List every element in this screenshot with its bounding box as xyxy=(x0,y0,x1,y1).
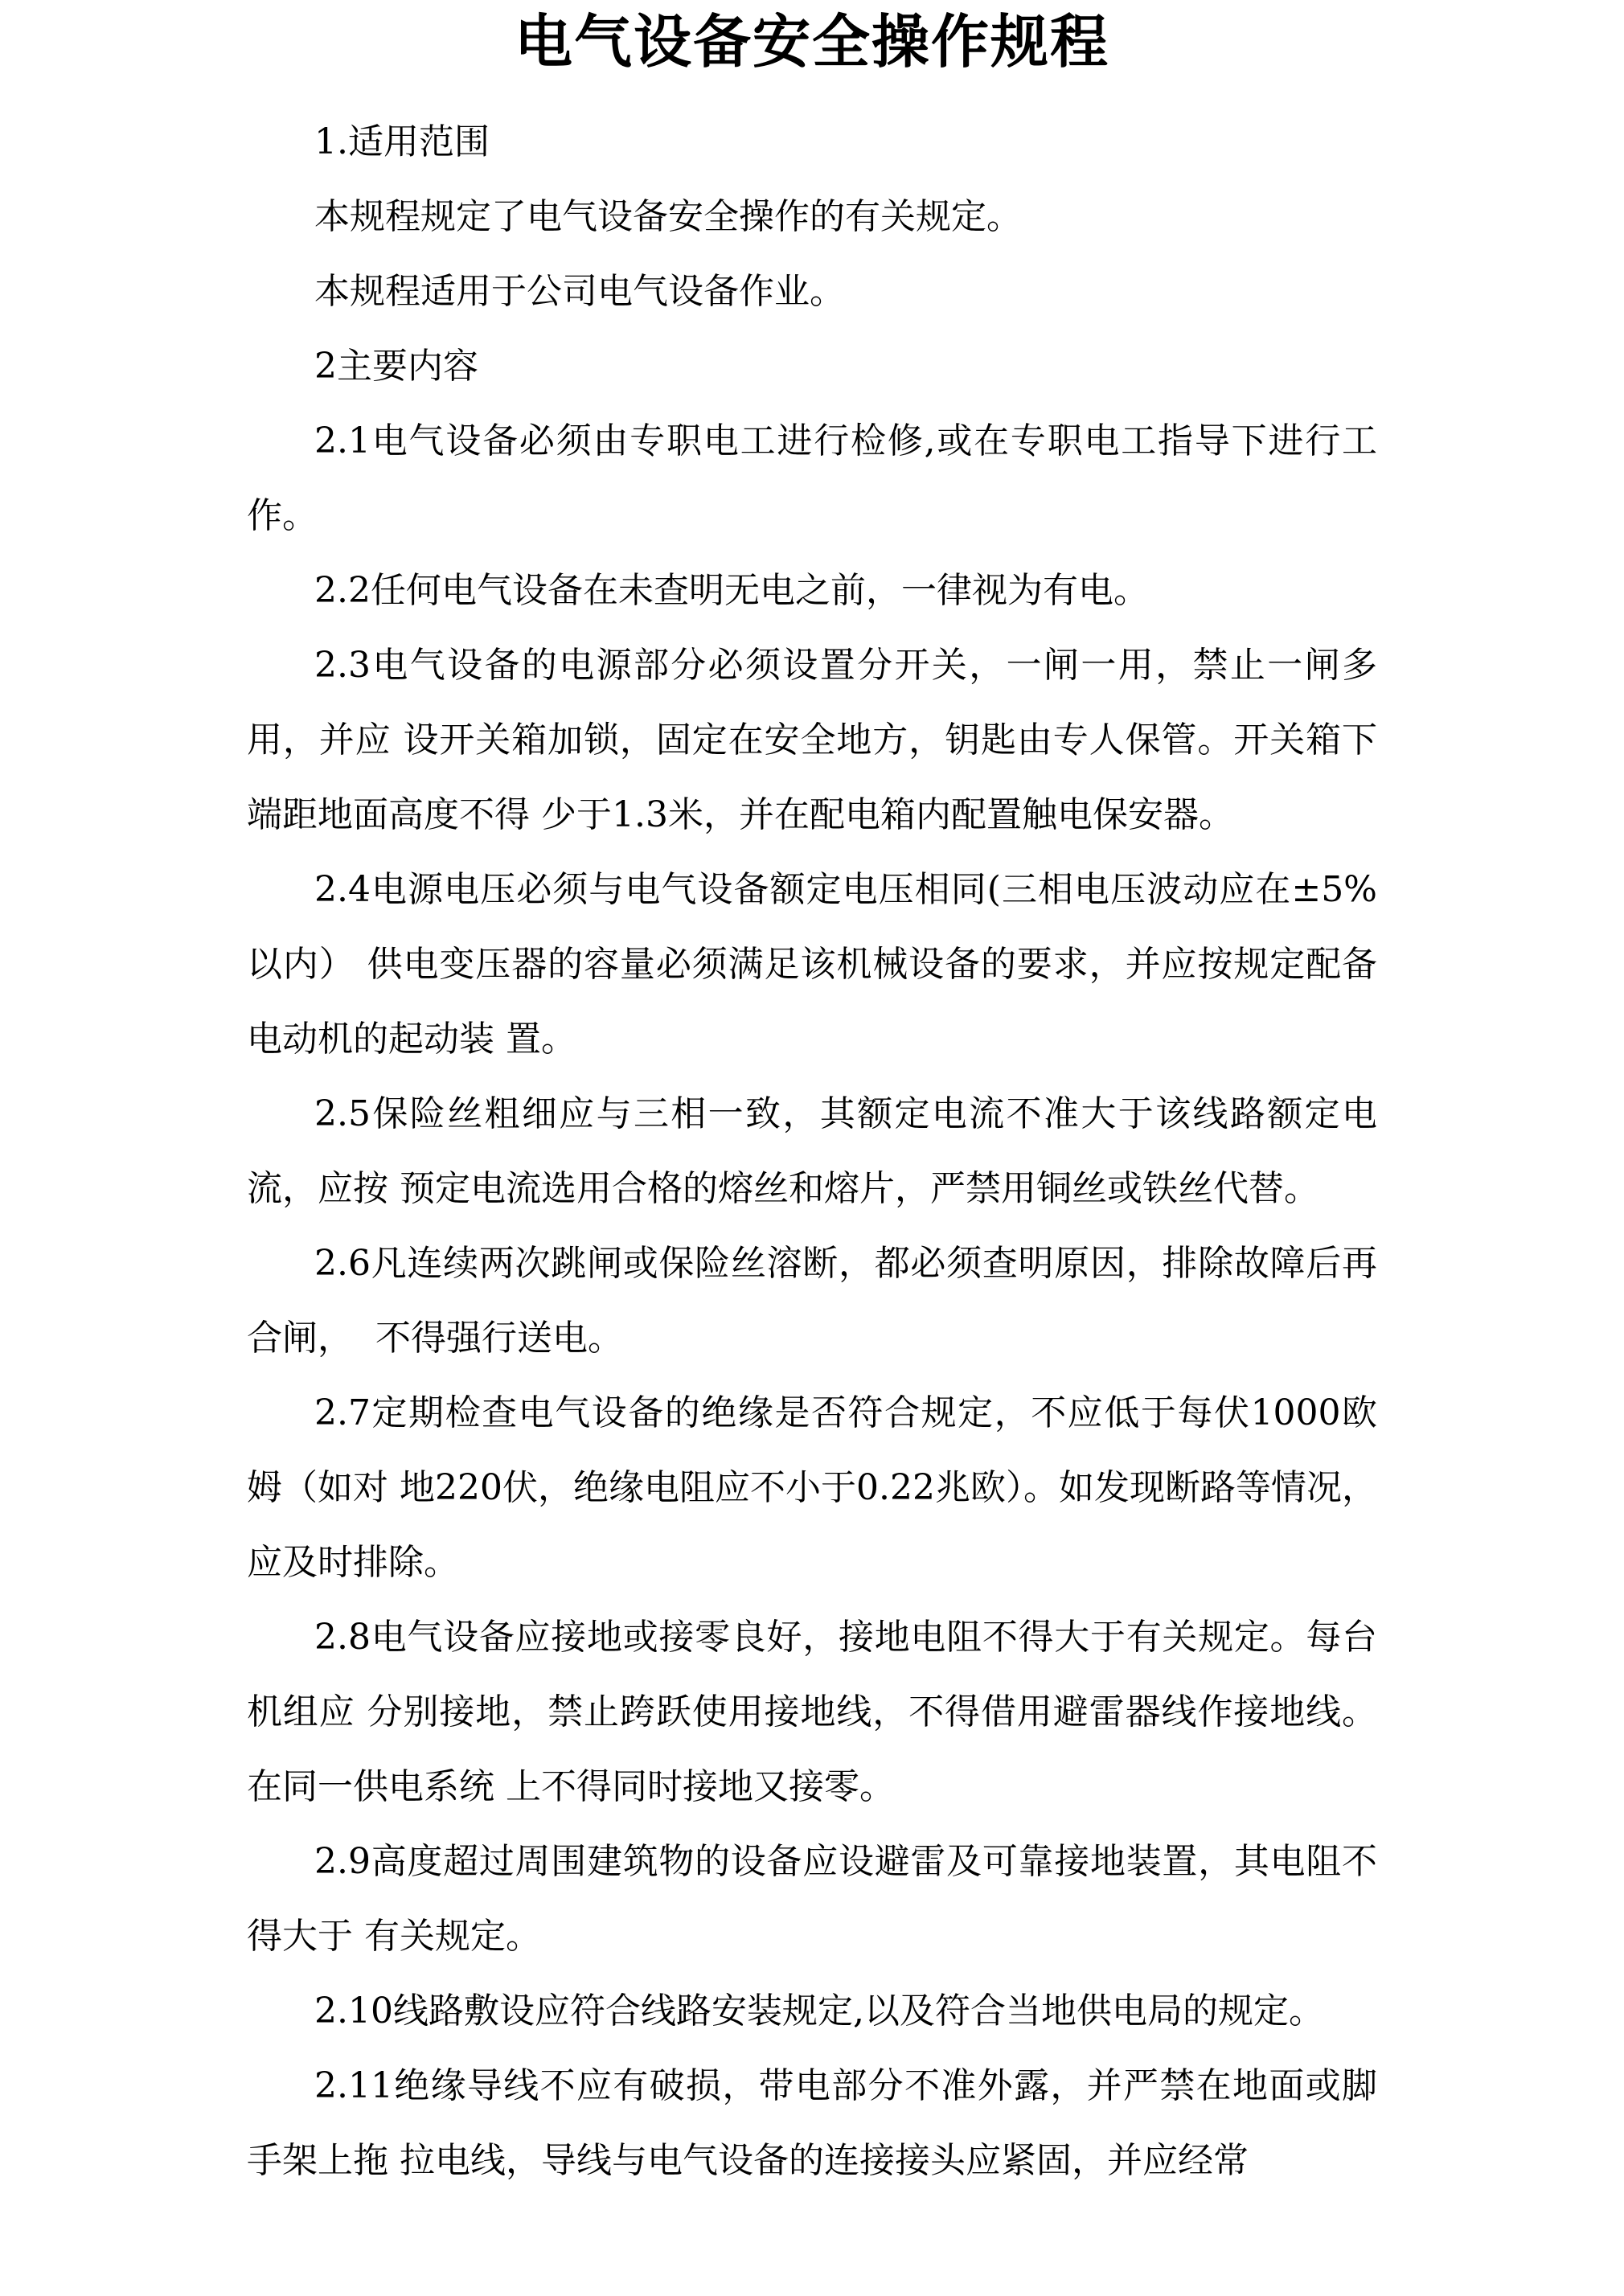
clause-2-3: 2.3电气设备的电源部分必须设置分开关，一闸一用，禁止一闸多用，并应 设开关箱加… xyxy=(247,628,1377,852)
clause-2-4: 2.4电源电压必须与电气设备额定电压相同(三相电压波动应在±5%以内） 供电变压… xyxy=(247,852,1377,1076)
clause-2-6: 2.6凡连续两次跳闸或保险丝溶断，都必须查明原因，排除故障后再合闸， 不得强行送… xyxy=(247,1226,1377,1376)
document-title: 电气设备安全操作规程 xyxy=(0,2,1624,82)
clause-2-10: 2.10线路敷设应符合线路安装规定,以及符合当地供电局的规定。 xyxy=(247,1974,1377,2048)
section-heading-scope: 1.适用范围 xyxy=(247,105,1377,179)
clause-2-9: 2.9高度超过周围建筑物的设备应设避雷及可靠接地装置，其电阻不得大于 有关规定。 xyxy=(247,1824,1377,1974)
clause-2-11: 2.11绝缘导线不应有破损，带电部分不准外露，并严禁在地面或脚手架上拖 拉电线，… xyxy=(247,2048,1377,2198)
paragraph-scope-applicability: 本规程适用于公司电气设备作业。 xyxy=(247,254,1377,329)
clause-2-5: 2.5保险丝粗细应与三相一致，其额定电流不准大于该线路额定电流，应按 预定电流选… xyxy=(247,1076,1377,1226)
clause-2-8: 2.8电气设备应接地或接零良好，接地电阻不得大于有关规定。每台机组应 分别接地，… xyxy=(247,1600,1377,1824)
clause-2-1: 2.1电气设备必须由专职电工进行检修,或在专职电工指导下进行工作。 xyxy=(247,404,1377,553)
paragraph-scope-definition: 本规程规定了电气设备安全操作的有关规定。 xyxy=(247,179,1377,254)
document-body: 1.适用范围 本规程规定了电气设备安全操作的有关规定。 本规程适用于公司电气设备… xyxy=(247,105,1377,2198)
clause-2-7: 2.7定期检查电气设备的绝缘是否符合规定，不应低于每伏1000欧姆（如对 地22… xyxy=(247,1376,1377,1600)
section-heading-main-content: 2主要内容 xyxy=(247,329,1377,404)
clause-2-2: 2.2任何电气设备在未查明无电之前，一律视为有电。 xyxy=(247,553,1377,628)
document-page: 电气设备安全操作规程 1.适用范围 本规程规定了电气设备安全操作的有关规定。 本… xyxy=(0,0,1624,2296)
